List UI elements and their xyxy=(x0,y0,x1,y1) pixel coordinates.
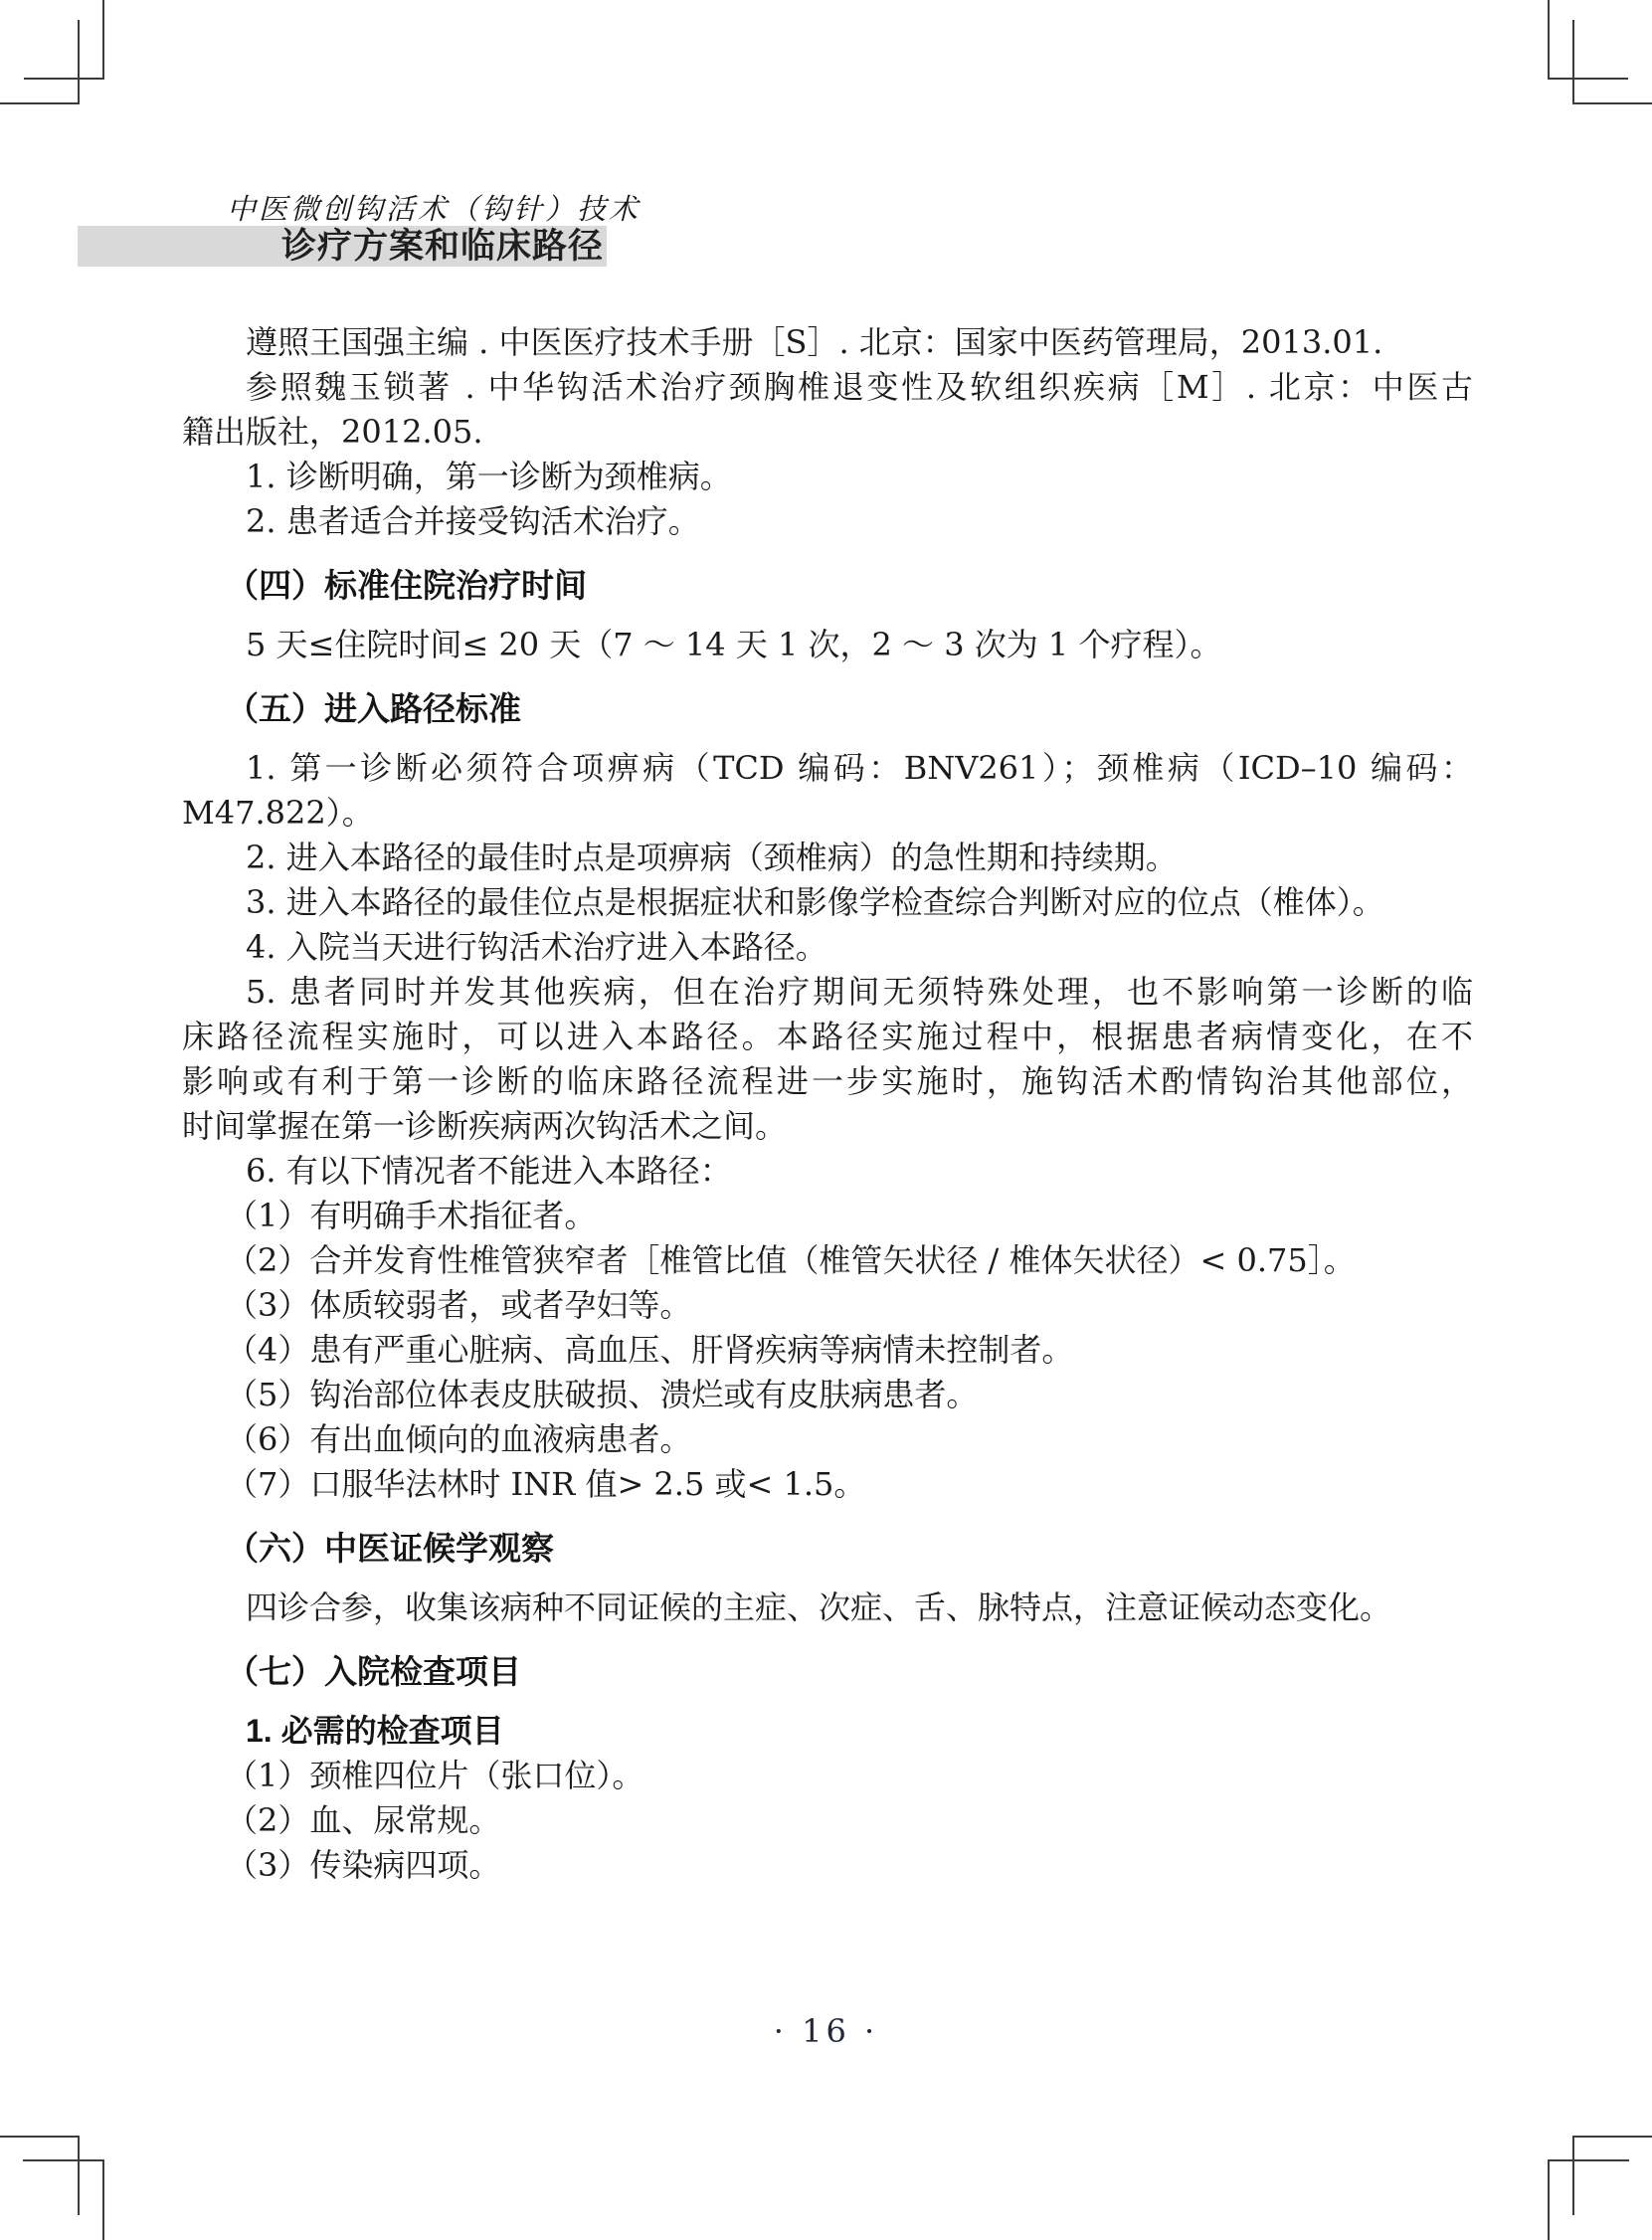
text-line: （2）血、尿常规。 xyxy=(182,1798,1473,1843)
section-heading: （七）入院检查项目 xyxy=(182,1649,1473,1694)
crop-mark-bottom-right-inner xyxy=(1548,2159,1629,2240)
text-line: 4. 入院当天进行钩活术治疗进入本路径。 xyxy=(182,925,1473,970)
section-heading: （六）中医证候学观察 xyxy=(182,1526,1473,1571)
section-heading: （五）进入路径标准 xyxy=(182,686,1473,731)
book-page: 中医微创钩活术（钩针）技术 诊疗方案和临床路径 遵照王国强主编 . 中医医疗技术… xyxy=(0,0,1652,2240)
text-line: （3）体质较弱者，或者孕妇等。 xyxy=(182,1283,1473,1328)
text-line: （1）颈椎四位片（张口位）。 xyxy=(182,1754,1473,1798)
text-line: 2. 进入本路径的最佳时点是项痹病（颈椎病）的急性期和持续期。 xyxy=(182,836,1473,880)
text-line: 5 天≤住院时间≤ 20 天（7 ～ 14 天 1 次，2 ～ 3 次为 1 个… xyxy=(182,623,1473,667)
text-line: （4）患有严重心脏病、高血压、肝肾疾病等病情未控制者。 xyxy=(182,1328,1473,1373)
text-line: 籍出版社，2012.05. xyxy=(182,410,1473,455)
text-line: 1. 第一诊断必须符合项痹病（TCD 编码：BNV261）；颈椎病（ICD–10… xyxy=(182,746,1473,791)
text-line: 参照魏玉锁著 . 中华钩活术治疗颈胸椎退变性及软组织疾病［M］. 北京：中医古 xyxy=(182,365,1473,410)
text-line: 遵照王国强主编 . 中医医疗技术手册［S］. 北京：国家中医药管理局，2013.… xyxy=(182,320,1473,365)
text-line: （2）合并发育性椎管狭窄者［椎管比值（椎管矢状径 / 椎体矢状径）< 0.75］… xyxy=(182,1238,1473,1283)
text-line: （1）有明确手术指征者。 xyxy=(182,1194,1473,1238)
text-line: 影响或有利于第一诊断的临床路径流程进一步实施时，施钩活术酌情钩治其他部位， xyxy=(182,1059,1473,1104)
text-line: 时间掌握在第一诊断疾病两次钩活术之间。 xyxy=(182,1104,1473,1149)
book-title: 中医微创钩活术（钩针）技术 xyxy=(227,187,641,228)
section-title-bar: 诊疗方案和临床路径 xyxy=(78,226,607,267)
text-line: （3）传染病四项。 xyxy=(182,1843,1473,1888)
body-text: 遵照王国强主编 . 中医医疗技术手册［S］. 北京：国家中医药管理局，2013.… xyxy=(182,320,1473,1888)
text-line: 6. 有以下情况者不能进入本路径： xyxy=(182,1149,1473,1194)
text-line: （5）钩治部位体表皮肤破损、溃烂或有皮肤病患者。 xyxy=(182,1373,1473,1417)
text-line: 1. 诊断明确，第一诊断为颈椎病。 xyxy=(182,455,1473,499)
section-title: 诊疗方案和临床路径 xyxy=(281,228,604,266)
page-number: · 16 · xyxy=(0,2012,1652,2050)
subsection-heading: 1. 必需的检查项目 xyxy=(182,1709,1473,1754)
text-line: M47.822）。 xyxy=(182,791,1473,836)
text-line: 2. 患者适合并接受钩活术治疗。 xyxy=(182,499,1473,544)
crop-mark-top-left-inner xyxy=(0,20,80,104)
text-line: （6）有出血倾向的血液病患者。 xyxy=(182,1417,1473,1462)
text-line: 床路径流程实施时，可以进入本路径。本路径实施过程中，根据患者病情变化，在不 xyxy=(182,1015,1473,1059)
text-line: 3. 进入本路径的最佳位点是根据症状和影像学检查综合判断对应的位点（椎体）。 xyxy=(182,880,1473,925)
text-line: （7）口服华法林时 INR 值> 2.5 或< 1.5。 xyxy=(182,1462,1473,1507)
crop-mark-top-right-inner xyxy=(1572,20,1652,104)
text-line: 四诊合参，收集该病种不同证候的主症、次症、舌、脉特点，注意证候动态变化。 xyxy=(182,1586,1473,1630)
section-heading: （四）标准住院治疗时间 xyxy=(182,563,1473,608)
text-line: 5. 患者同时并发其他疾病，但在治疗期间无须特殊处理，也不影响第一诊断的临 xyxy=(182,970,1473,1015)
crop-mark-bottom-left-inner xyxy=(23,2159,104,2240)
